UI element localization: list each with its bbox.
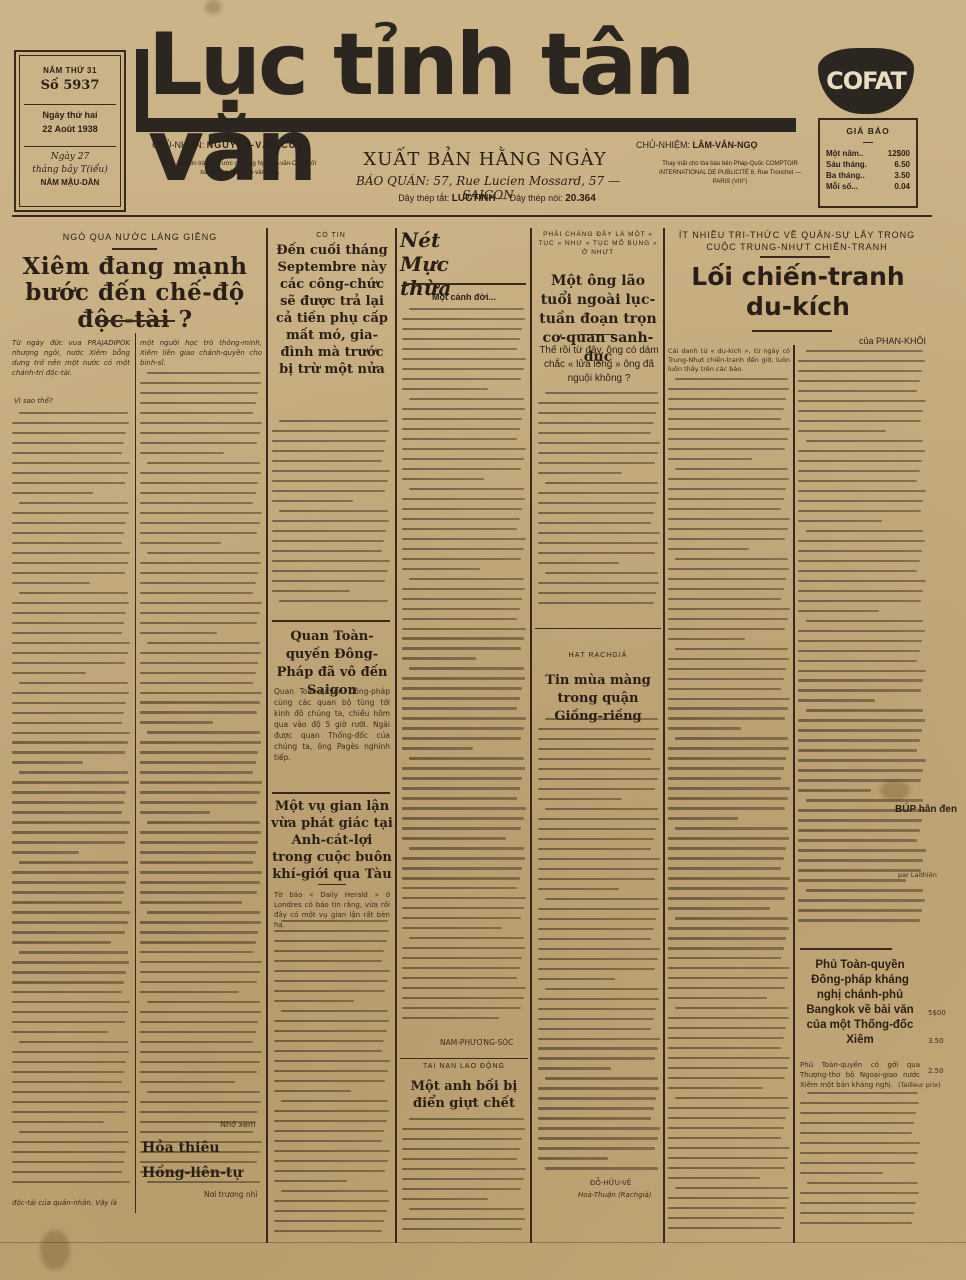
electro-body xyxy=(402,1118,526,1238)
column-title: Nét Mực thừa xyxy=(400,228,460,300)
price-row: Mỗi số...0.04 xyxy=(820,181,916,192)
siam-body-col2 xyxy=(140,372,262,1191)
siam-col2-lead: một người học trò thông-minh, Xiêm liền … xyxy=(140,338,262,368)
year-label: NĂM THỨ 31 xyxy=(24,66,116,75)
weekday: Ngày thứ hai xyxy=(24,110,116,120)
column-rule xyxy=(135,333,136,1213)
siam-kicker: NGÓ QUA NƯỚC LÁNG GIỀNG xyxy=(20,232,260,242)
guerrilla-headline: Lối chiến-tranh du-kích xyxy=(668,262,928,322)
price-row: Một năm..12$00 xyxy=(820,148,916,159)
owner-line: CHỦ-NHƠN: NGUYỄN-VĂN-CỦA xyxy=(152,140,304,150)
column-rule xyxy=(663,228,665,1243)
ad-price: 5$00 xyxy=(928,1008,946,1018)
fire-headline-2: Hồng-liên-tự xyxy=(142,1165,243,1181)
harvest-place: Hoà-Thuận (Rạchgiá) xyxy=(578,1190,652,1200)
harvest-body xyxy=(538,718,660,1177)
phu-lead: Phủ Toàn-quyền có gởi qua Thượng-thơ bộ … xyxy=(800,1060,920,1090)
editor-note: Thay mặt cho tòa báo bên Pháp-Quốc COMPT… xyxy=(650,160,810,187)
date-box: NĂM THỨ 31 Số 5937 Ngày thứ hai 22 Août … xyxy=(14,50,126,212)
guerrilla-kicker: ÍT NHIỀU TRI-THỨC VỀ QUÂN-SỰ LẤY TRONG C… xyxy=(666,229,928,253)
column-rule xyxy=(530,228,532,1243)
owner-name: NGUYỄN-VĂN-CỦA xyxy=(207,140,304,150)
fold-line xyxy=(0,1242,966,1243)
siam-signoff: Nhớ xem xyxy=(220,1120,256,1130)
telegraph-line: Dây thép tắt: LUCTINH — Dây thép nói: 20… xyxy=(352,193,642,204)
ad-price: 3.50 xyxy=(928,1036,944,1046)
guerrilla-byline: của PHAN-KHÔI xyxy=(780,336,926,346)
fire-headline-1: Hỏa thiêu xyxy=(142,1140,220,1156)
governor-body: Quan Toàn-quyền Đông-pháp cùng các quan … xyxy=(274,686,390,763)
siam-lead: Từ ngày đức vua PRAJADIPOK nhượng ngôi, … xyxy=(12,338,130,378)
price-row: Ba tháng..3.50 xyxy=(820,170,916,181)
ad-headline: BÚP hân đen xyxy=(895,804,957,815)
column-rule xyxy=(266,228,268,1243)
net-subtitle: Một cảnh đời... xyxy=(400,292,528,302)
net-signoff: NAM-PHƯƠNG-SÓC xyxy=(440,1038,513,1048)
arms-body xyxy=(274,920,390,1240)
ornament xyxy=(404,283,526,285)
oldman-deck: Thế rồi từ đây, ông có dám chắc « lửa lò… xyxy=(537,344,661,386)
issue-number: Số 5937 xyxy=(24,78,116,93)
ornament xyxy=(95,320,175,322)
lunar-day: Ngày 27 xyxy=(24,152,116,162)
guerrilla-body-col2 xyxy=(798,350,926,929)
stain xyxy=(40,1230,70,1270)
harvest-signoff: ĐỖ-HỮU-VẾ xyxy=(590,1178,631,1188)
price-title: GIÁ BÁO xyxy=(820,126,916,136)
ad-price: 2.50 xyxy=(928,1066,944,1076)
electro-kicker: TAI NẠN LAO ĐỘNG xyxy=(400,1063,528,1070)
masthead: Lục tỉnh tân văn xyxy=(136,34,816,134)
publication-frequency: XUẤT BẢN HẰNG NGÀY xyxy=(340,149,630,170)
guerrilla-lead: Cái danh từ « du-kích », từ ngày có Trun… xyxy=(668,347,790,374)
editor-name: LÂM-VĂN-NGỌ xyxy=(693,140,758,150)
column-rule xyxy=(395,228,397,1243)
siam-body-col1 xyxy=(12,412,130,1191)
header-rule xyxy=(12,215,932,217)
lunar-month: tháng bảy T(iểu) xyxy=(24,165,116,175)
price-row: Sáu tháng.6.50 xyxy=(820,159,916,170)
ad-note: par Laithiên xyxy=(898,870,937,880)
price-box: GIÁ BÁO Một năm..12$00 Sáu tháng.6.50 Ba… xyxy=(818,118,918,208)
phu-body xyxy=(800,1092,920,1232)
column-rule xyxy=(793,345,795,1243)
date: 22 Août 1938 xyxy=(24,124,116,134)
owner-note: Mua báo xin trả tiền trước cho ông Nguyễ… xyxy=(160,160,320,178)
harvest-kicker: HẠT RẠCHGIÁ xyxy=(535,652,661,659)
fees-headline: Đến cuối tháng Septembre này các công-ch… xyxy=(272,242,392,378)
oldman-body xyxy=(538,392,660,612)
ornament xyxy=(760,256,830,258)
net-body xyxy=(402,308,526,1027)
siam-tail: độc-tài của quân-nhân. Vậy là xyxy=(12,1198,130,1208)
fire-signoff: Nơi trương nhì xyxy=(204,1190,258,1200)
siam-question: Vì sao thế? xyxy=(14,396,130,406)
phu-headline: Phủ Toàn-quyền Đông-pháp kháng nghị chán… xyxy=(800,958,920,1048)
arms-headline: Một vụ gian lận vừa phát giác tại Anh-cá… xyxy=(270,798,394,883)
fees-body xyxy=(272,420,390,610)
fees-kicker: CÓ TIN xyxy=(272,232,390,239)
lunar-year: NĂM MẬU-DẦN xyxy=(24,178,116,187)
oldman-kicker: PHẢI CHĂNG ĐÂY LÀ MỘT « TỤC » NHƯ « TỤC … xyxy=(535,230,661,257)
guerrilla-body-col1 xyxy=(668,378,790,1237)
stain xyxy=(205,0,221,14)
electro-headline: Một anh bồi bị điển giựt chết xyxy=(400,1078,528,1112)
editor-line: CHỦ-NHIỆM: LÂM-VĂN-NGỌ xyxy=(636,140,758,150)
